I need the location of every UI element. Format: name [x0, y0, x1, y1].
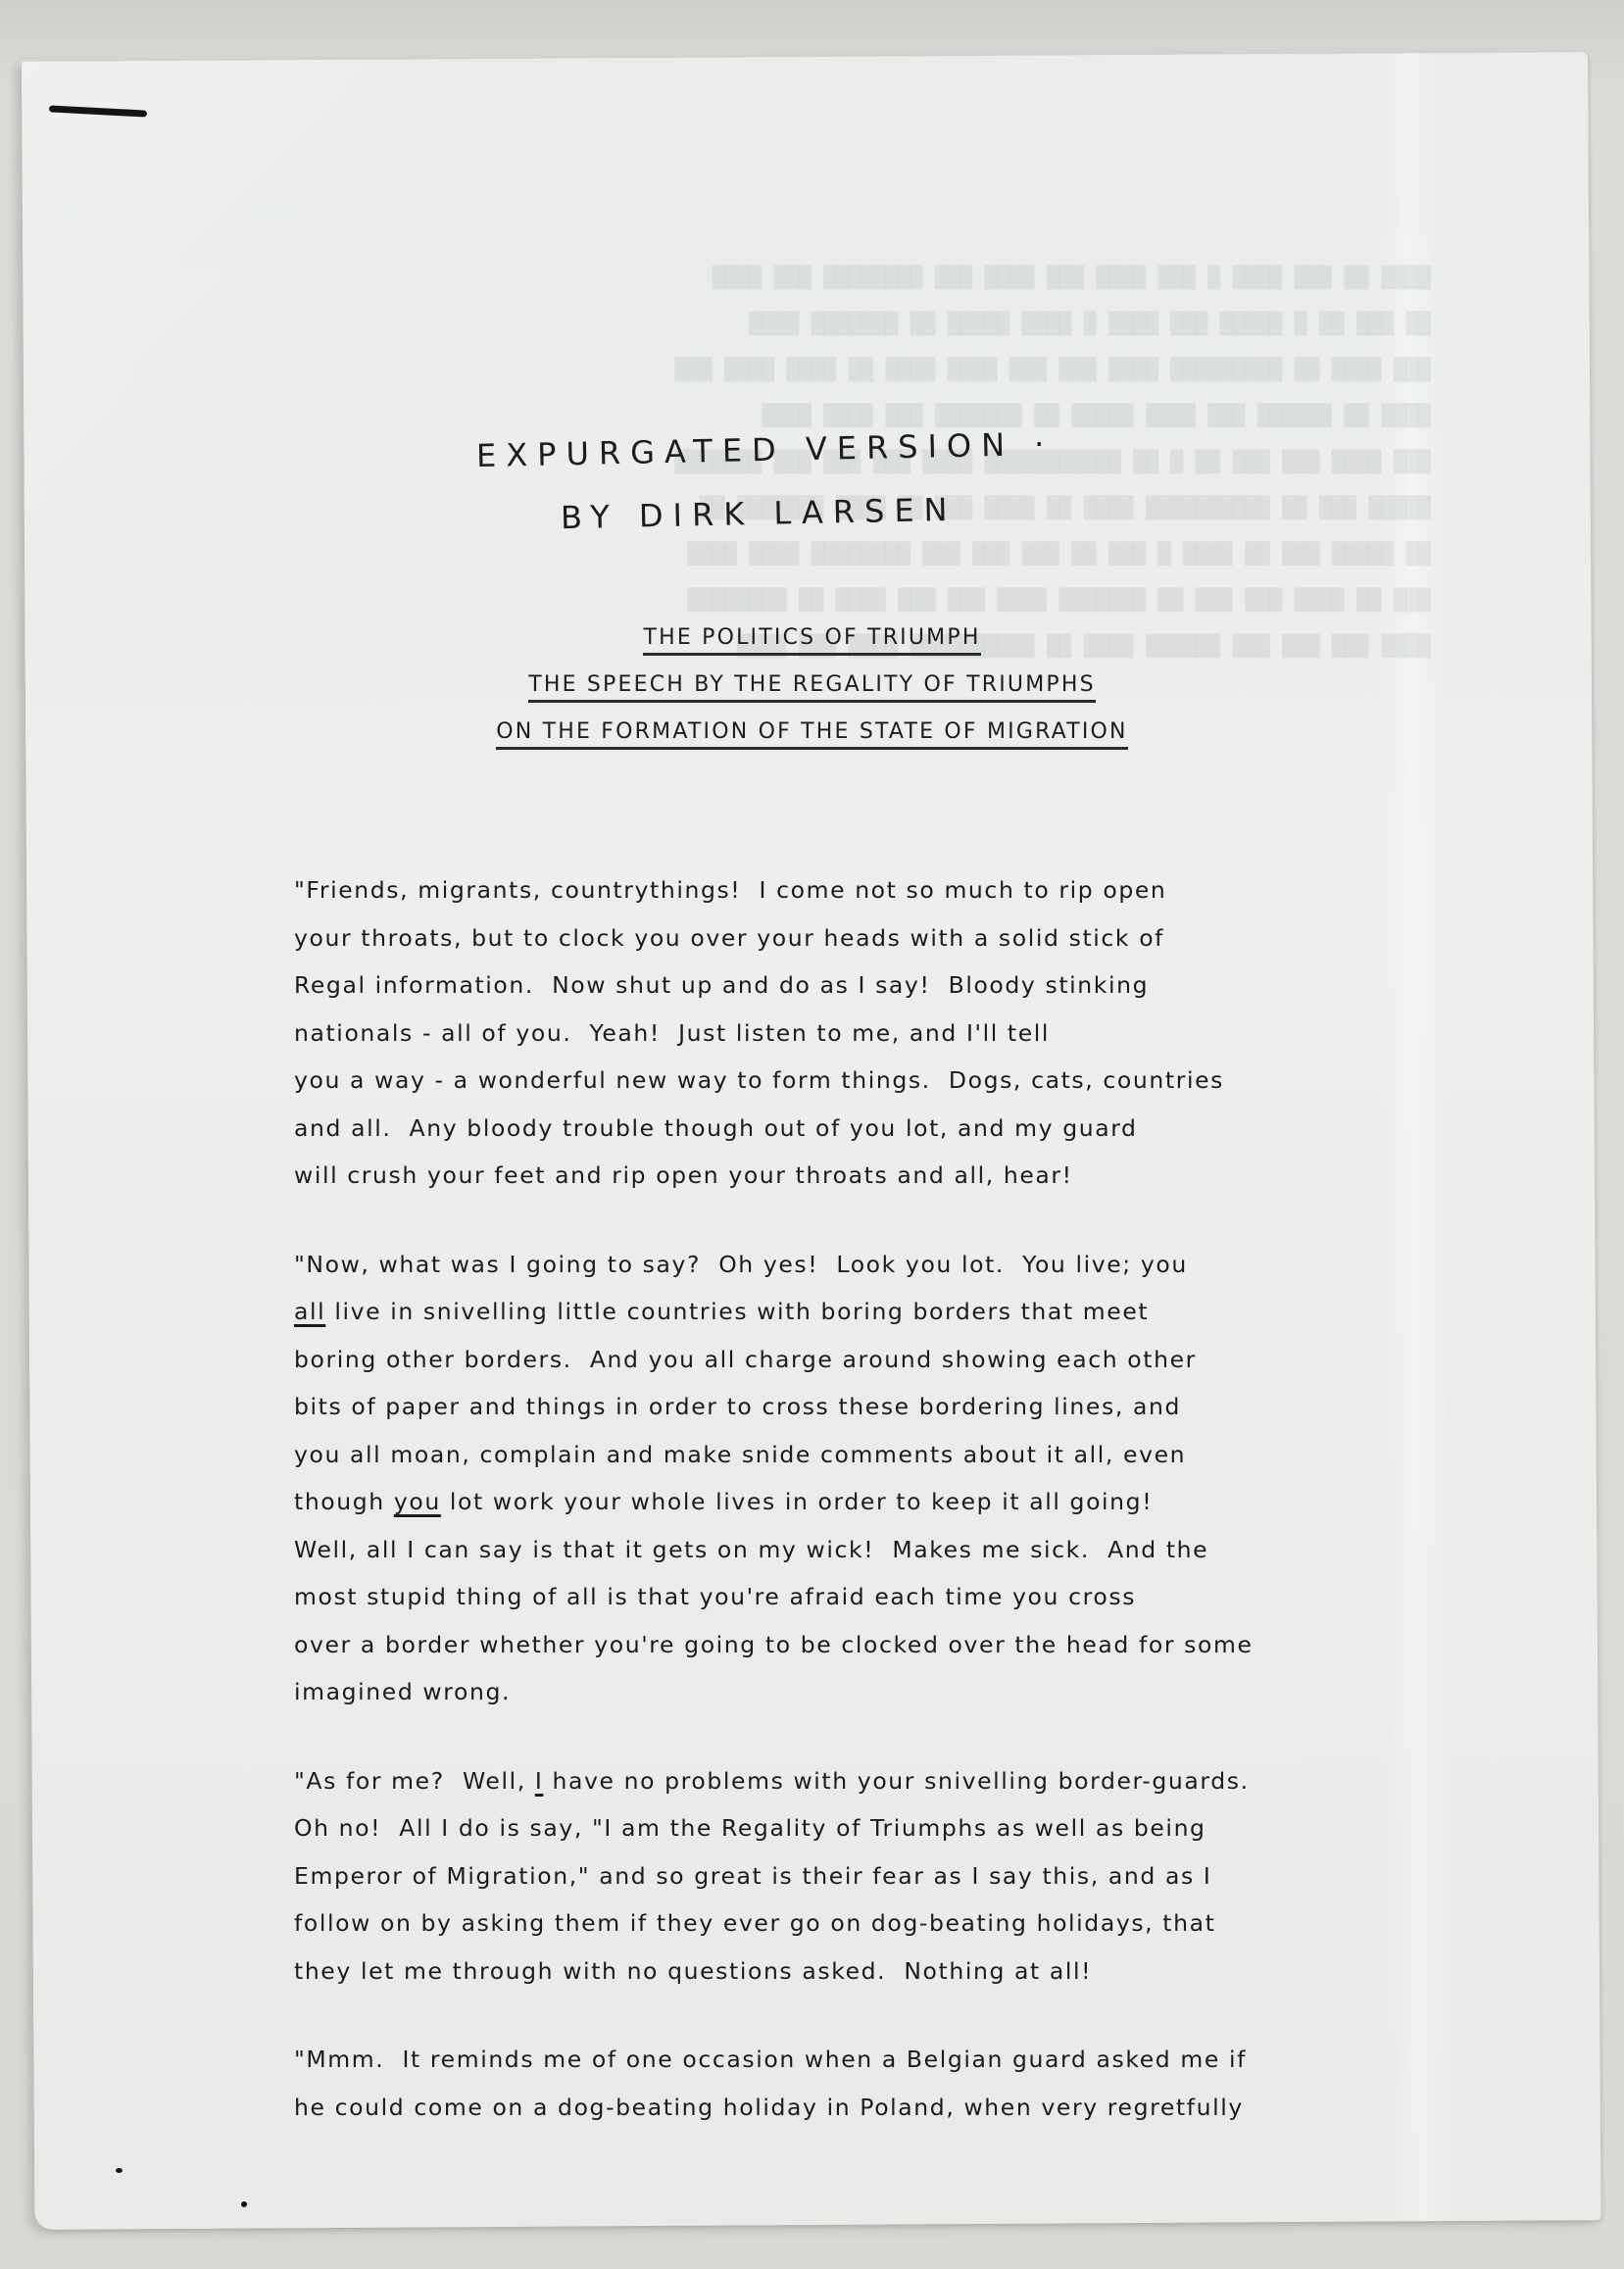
- text-line: imagined wrong.: [294, 1668, 1470, 1716]
- text-line: follow on by asking them if they ever go…: [294, 1899, 1470, 1948]
- text-line: he could come on a dog-beating holiday i…: [294, 2084, 1470, 2132]
- speech-body: "Friends, migrants, countrythings! I com…: [294, 866, 1470, 2172]
- paragraph: "Friends, migrants, countrythings! I com…: [294, 866, 1470, 1200]
- text-line: will crush your feet and rip open your t…: [294, 1152, 1470, 1200]
- document-title: THE POLITICS OF TRIUMPH: [0, 625, 1624, 656]
- underlined-word: you: [394, 1488, 441, 1515]
- text-line: you all moan, complain and make snide co…: [294, 1431, 1470, 1479]
- paragraph: "Mmm. It reminds me of one occasion when…: [294, 2036, 1470, 2131]
- ink-speck: [241, 2201, 247, 2207]
- paragraph: "As for me? Well, I have no problems wit…: [294, 1757, 1470, 1996]
- text-line: "Friends, migrants, countrythings! I com…: [294, 866, 1470, 914]
- text-line: and all. Any bloody trouble though out o…: [294, 1105, 1470, 1153]
- text-line: most stupid thing of all is that you're …: [294, 1573, 1470, 1621]
- text-line: boring other borders. And you all charge…: [294, 1336, 1470, 1384]
- text-line: "Now, what was I going to say? Oh yes! L…: [294, 1241, 1470, 1289]
- text-line: "As for me? Well, I have no problems wit…: [294, 1757, 1470, 1805]
- text-line: Well, all I can say is that it gets on m…: [294, 1526, 1470, 1574]
- text-line: though you lot work your whole lives in …: [294, 1478, 1470, 1526]
- document-subtitle: THE SPEECH BY THE REGALITY OF TRIUMPHS: [0, 672, 1624, 703]
- document-subtitle-2: ON THE FORMATION OF THE STATE OF MIGRATI…: [0, 719, 1624, 750]
- text-line: they let me through with no questions as…: [294, 1948, 1470, 1996]
- text-line: Emperor of Migration," and so great is t…: [294, 1852, 1470, 1900]
- text-line: bits of paper and things in order to cro…: [294, 1383, 1470, 1431]
- text-line: your throats, but to clock you over your…: [294, 914, 1470, 962]
- page-fold-highlight: [22, 60, 377, 571]
- text-line: Regal information. Now shut up and do as…: [294, 962, 1470, 1010]
- text-line: Oh no! All I do is say, "I am the Regali…: [294, 1804, 1470, 1852]
- paragraph: "Now, what was I going to say? Oh yes! L…: [294, 1241, 1470, 1716]
- text-line: "Mmm. It reminds me of one occasion when…: [294, 2036, 1470, 2084]
- underlined-word: I: [535, 1767, 544, 1795]
- text-line: all live in snivelling little countries …: [294, 1288, 1470, 1336]
- text-line: nationals - all of you. Yeah! Just liste…: [294, 1010, 1470, 1058]
- text-line: you a way - a wonderful new way to form …: [294, 1057, 1470, 1105]
- underlined-word: all: [294, 1298, 325, 1325]
- text-line: over a border whether you're going to be…: [294, 1621, 1470, 1669]
- ink-speck: [116, 2168, 123, 2173]
